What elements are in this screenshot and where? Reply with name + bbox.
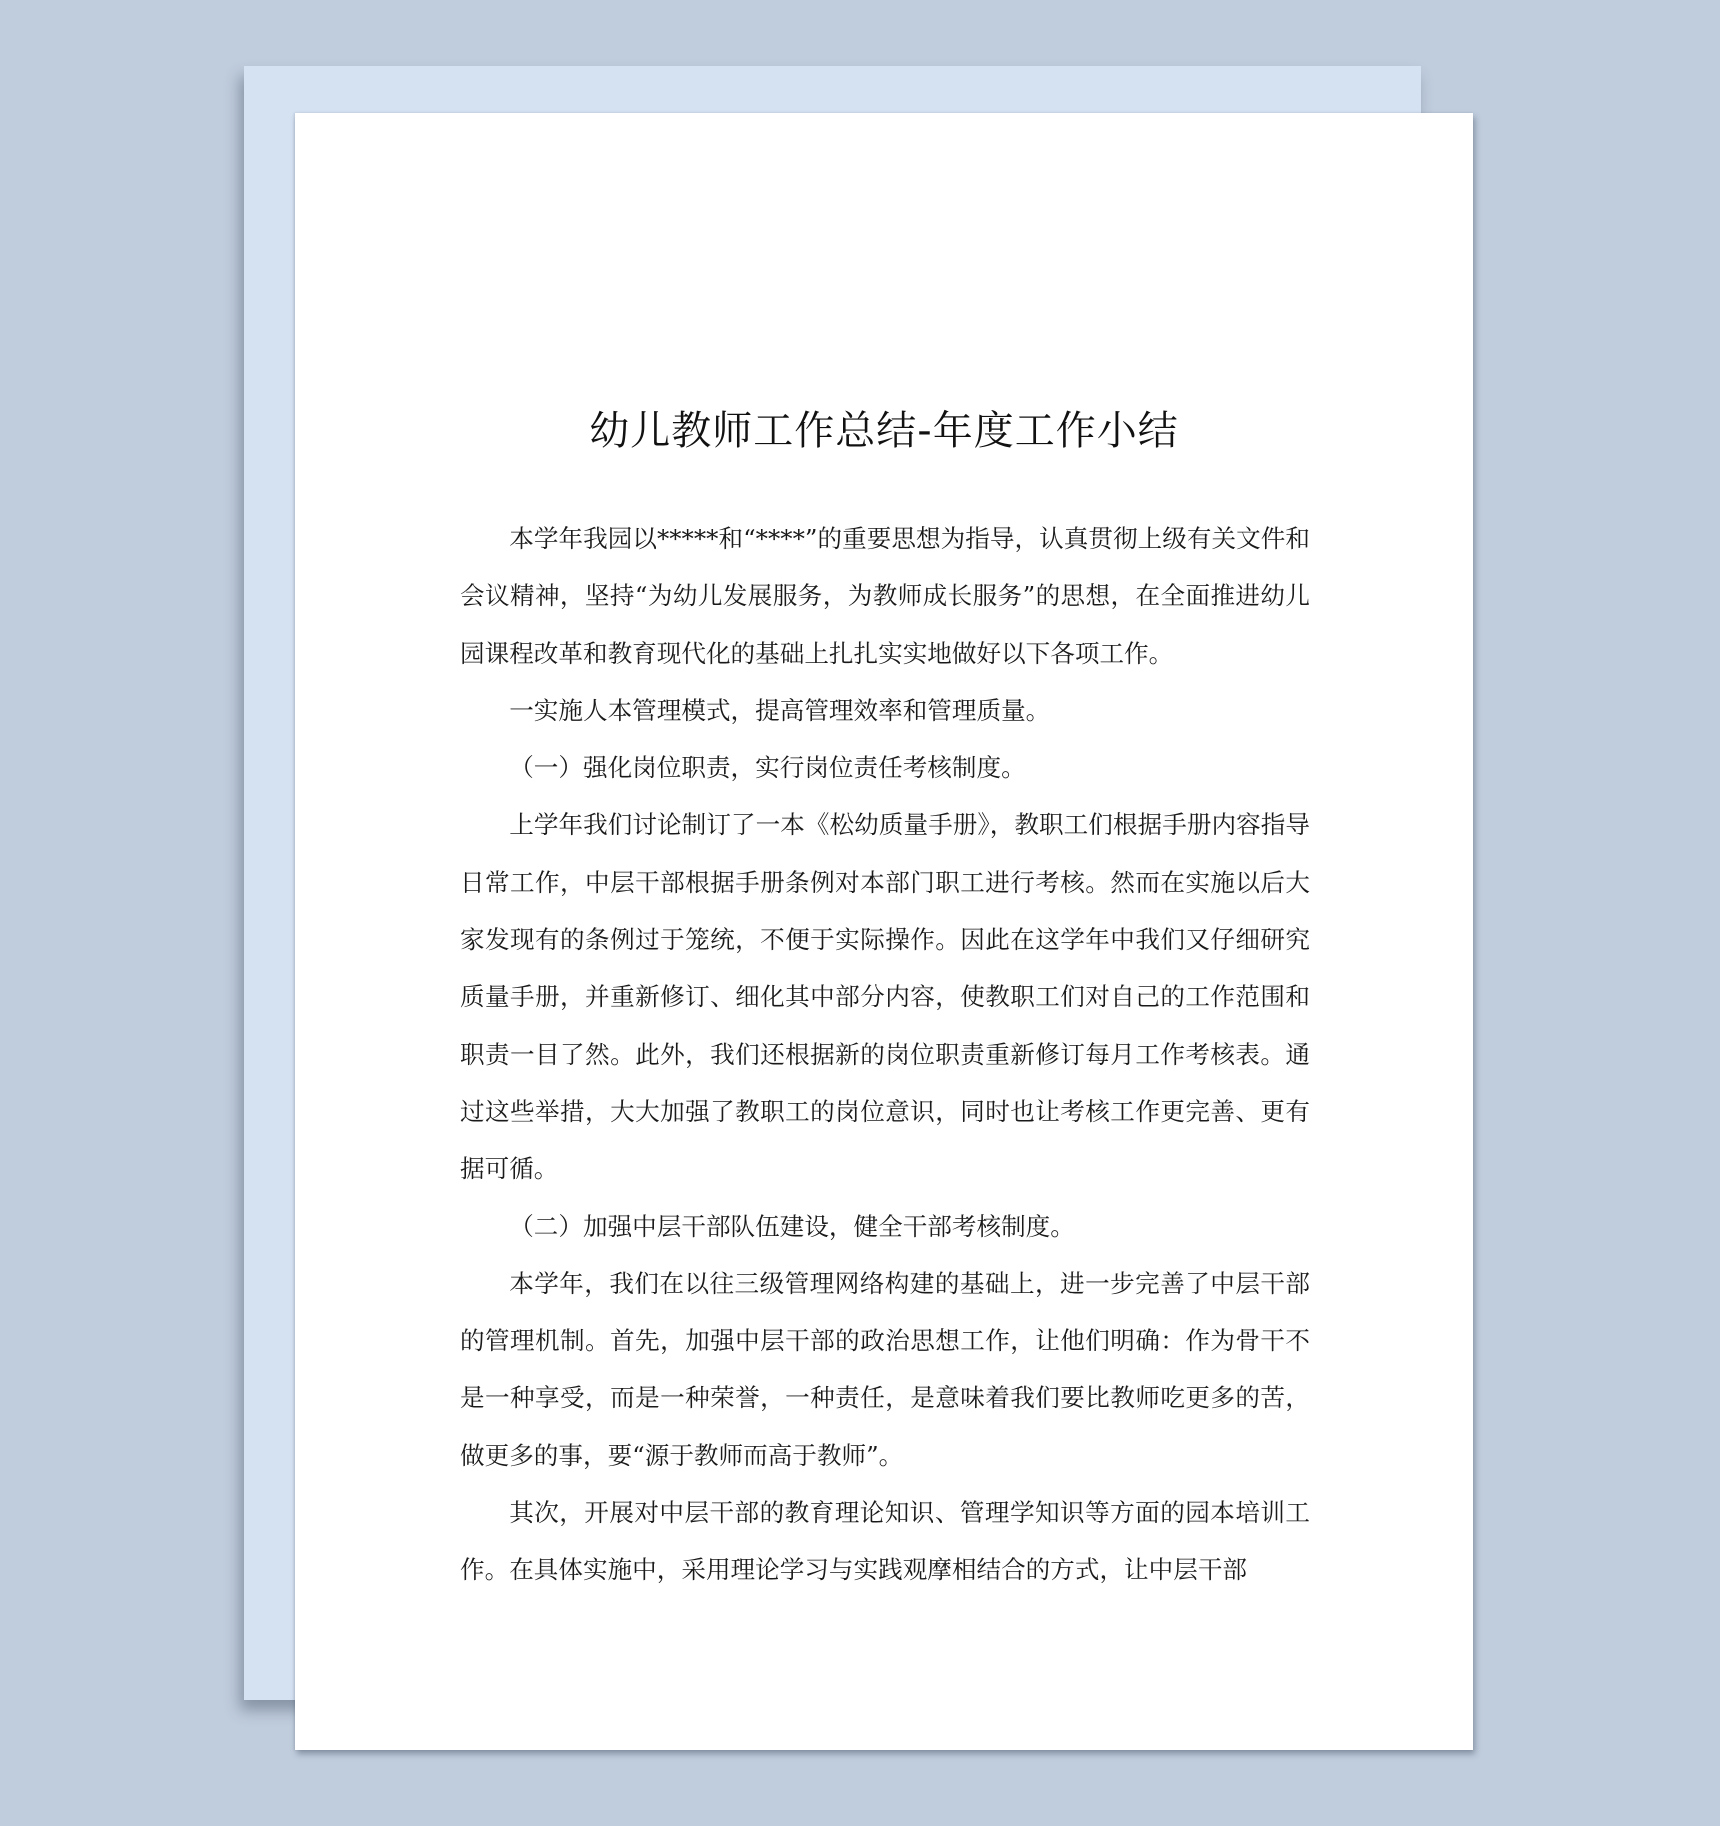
subsection-heading-1: （一）强化岗位职责，实行岗位责任考核制度。 (460, 739, 1310, 796)
subsection-heading-2: （二）加强中层干部队伍建设，健全干部考核制度。 (460, 1198, 1310, 1255)
body-paragraph: 上学年我们讨论制订了一本《松幼质量手册》，教职工们根据手册内容指导日常工作，中层… (460, 796, 1310, 1197)
section-heading-1: 一实施人本管理模式，提高管理效率和管理质量。 (460, 682, 1310, 739)
body-paragraph: 本学年，我们在以往三级管理网络构建的基础上，进一步完善了中层干部的管理机制。首先… (460, 1255, 1310, 1484)
document-body: 本学年我园以*****和“****”的重要思想为指导，认真贯彻上级有关文件和会议… (460, 510, 1310, 1599)
body-paragraph: 其次，开展对中层干部的教育理论知识、管理学知识等方面的园本培训工作。在具体实施中… (460, 1484, 1310, 1599)
document-page: 幼儿教师工作总结-年度工作小结 本学年我园以*****和“****”的重要思想为… (295, 113, 1473, 1750)
intro-paragraph: 本学年我园以*****和“****”的重要思想为指导，认真贯彻上级有关文件和会议… (460, 510, 1310, 682)
document-title: 幼儿教师工作总结-年度工作小结 (295, 407, 1473, 455)
